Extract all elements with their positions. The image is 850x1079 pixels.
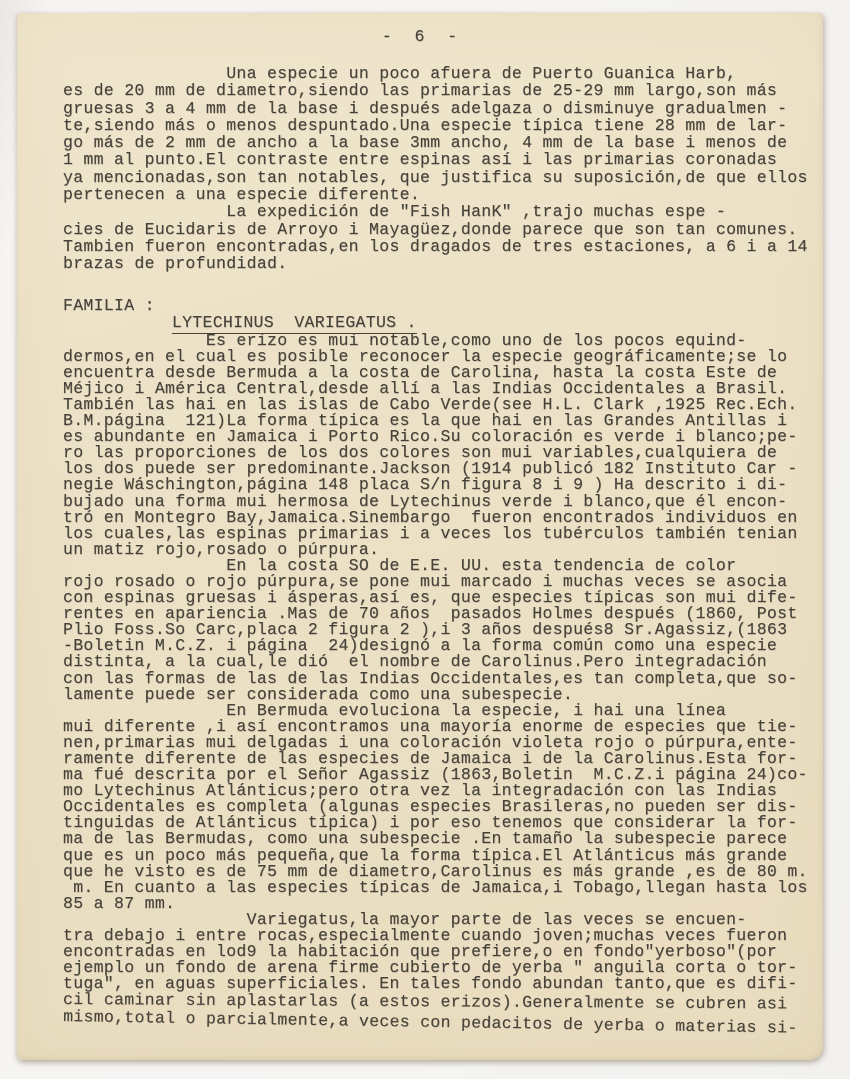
page-number: - 6 - [17,28,823,45]
document-body: Una especie un poco afuera de Puerto Gua… [63,65,815,1025]
scan-background: - 6 - Una especie un poco afuera de Puer… [0,0,850,1079]
text-line: 1 mm al punto.El contraste entre espinas… [63,151,815,168]
text-line: brazas de profundidad. [63,255,815,272]
species-heading: LYTECHINUS VARIEGATUS . [63,314,815,331]
text-line: La expedición de "Fish HanK" ,trajo much… [63,203,815,220]
family-label: FAMILIA : [63,297,815,314]
text-line: es de 20 mm de diametro,siendo las prima… [63,82,815,99]
text-line: Una especie un poco afuera de Puerto Gua… [63,65,815,82]
text-line: ya mencionadas,son tan notables, que jus… [63,169,815,186]
paragraph-block-habitat: Variegatus,la mayor parte de las veces s… [63,912,815,1025]
text-line: te,siendo más o menos despuntado.Una esp… [63,117,815,134]
text-line: m. En cuanto a las especies típicas de J… [63,880,815,896]
paragraph-block-intro: Una especie un poco afuera de Puerto Gua… [63,65,815,273]
text-line: cies de Eucidaris de Arroyo i Mayagüez,d… [63,221,815,238]
text-line: gruesas 3 a 4 mm de la base i después ad… [63,100,815,117]
paragraph-block-bermuda: En Bermuda evoluciona la especie, i hai … [63,703,815,912]
text-line: Tambien fueron encontradas,en los dragad… [63,238,815,255]
text-line: go más de 2 mm de ancho a la base 3mm an… [63,134,815,151]
text-line: pertenecen a una especie diferente. [63,186,815,203]
document-page: - 6 - Una especie un poco afuera de Puer… [17,13,823,1060]
paragraph-block-description: Es erizo es mui notable,como uno de los … [63,333,815,558]
paragraph-block-color-tendency: En la costa SO de E.E. UU. esta tendenci… [63,558,815,703]
